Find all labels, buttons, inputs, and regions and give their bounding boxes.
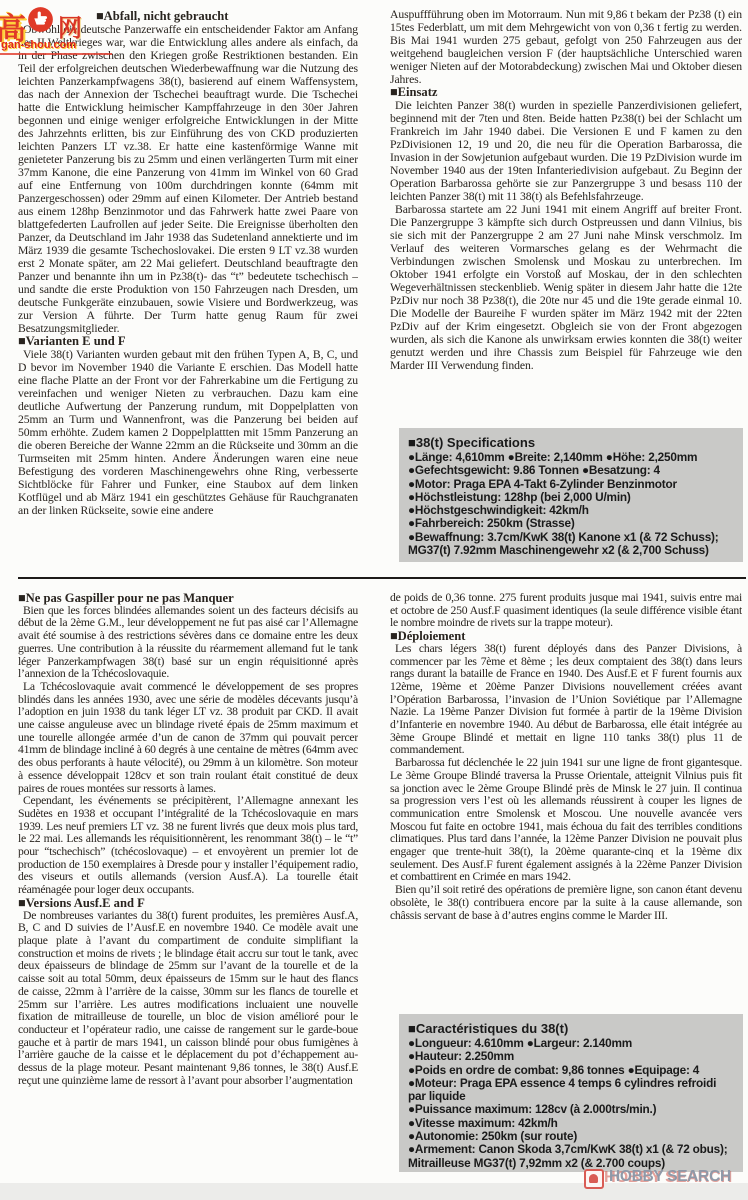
spec-line: ●Höchstleistung: 128hp (bei 2,000 U/min) xyxy=(408,491,734,504)
french-heading-versions: ■Versions Ausf.E and F xyxy=(18,897,358,910)
spec-box-38t-specifications: ■38(t) Specifications ●Länge: 4,610mm ●B… xyxy=(399,428,743,562)
paragraph: de poids de 0,36 tonne. 275 furent produ… xyxy=(390,592,742,630)
paragraph: De nombreuses variantes du 38(t) furent … xyxy=(18,910,358,1088)
paragraph: Viele 38(t) Varianten wurden gebaut mit … xyxy=(18,348,358,517)
spec-line: ●Puissance maximum: 128cv (à 2.000trs/mi… xyxy=(408,1103,734,1116)
german-column-left: ■Abfall, nicht gebraucht Obwohl die deut… xyxy=(18,10,358,568)
spec-line: ●Länge: 4,610mm ●Breite: 2,140mm ●Höhe: … xyxy=(408,451,734,464)
spec-line: ●Gefechtsgewicht: 9.86 Tonnen ●Besatzung… xyxy=(408,464,734,477)
spec-line: ●Vitesse maximum: 42km/h xyxy=(408,1117,734,1130)
spec-line: ●Moteur: Praga EPA essence 4 temps 6 cyl… xyxy=(408,1077,734,1104)
paragraph: Barbarossa fut déclenchée le 22 juin 194… xyxy=(390,757,742,884)
paragraph: La Tchécoslovaquie avait commencé le dév… xyxy=(18,681,358,795)
french-heading-deploiement: ■Déploiement xyxy=(390,630,742,643)
german-column-right: Auspuffführung oben im Motorraum. Nun mi… xyxy=(390,8,742,424)
french-heading-waste-not: ■Ne pas Gaspiller pour ne pas Manquer xyxy=(18,592,358,605)
french-column-right: de poids de 0,36 tonne. 275 furent produ… xyxy=(390,592,742,1010)
spec-line: ●Poids en ordre de combat: 9,86 tonnes ●… xyxy=(408,1064,734,1077)
paragraph: Bien qu’il soit retiré des opérations de… xyxy=(390,884,742,922)
spec-box-title: ■Caractéristiques du 38(t) xyxy=(408,1021,734,1036)
paragraph: Les chars légers 38(t) furent déployés d… xyxy=(390,643,742,757)
spec-line: ●Höchstgeschwindigkeit: 42km/h xyxy=(408,504,734,517)
paragraph: Auspuffführung oben im Motorraum. Nun mi… xyxy=(390,8,742,86)
section-divider-rule xyxy=(18,577,746,579)
spec-line: ●Motor: Praga EPA 4-Takt 6-Zylinder Benz… xyxy=(408,478,734,491)
spec-line: ●Autonomie: 250km (sur route) xyxy=(408,1130,734,1143)
german-heading-einsatz: ■Einsatz xyxy=(390,86,742,99)
paragraph: Die leichten Panzer 38(t) wurden in spez… xyxy=(390,99,742,203)
paragraph: Bien que les forces blindées allemandes … xyxy=(18,605,358,681)
scan-edge-shadow xyxy=(0,1183,748,1200)
spec-box-title: ■38(t) Specifications xyxy=(408,435,734,450)
spec-line: ●Fahrbereich: 250km (Strasse) xyxy=(408,517,734,530)
spec-line: ●Hauteur: 2.250mm xyxy=(408,1050,734,1063)
scanned-manual-page: ■Abfall, nicht gebraucht Obwohl die deut… xyxy=(0,0,748,1200)
paragraph: Obwohl die deutsche Panzerwaffe ein ents… xyxy=(18,23,358,335)
spec-line: ●Bewaffnung: 3.7cm/KwK 38(t) Kanone x1 (… xyxy=(408,531,734,558)
paragraph: Cependant, les événements se précipitère… xyxy=(18,795,358,897)
spec-line: ●Longueur: 4.610mm ●Largeur: 2.140mm xyxy=(408,1037,734,1050)
paragraph: Barbarossa startete am 22 Juni 1941 mit … xyxy=(390,203,742,372)
spec-line: ●Armement: Canon Skoda 3,7cm/KwK 38(t) x… xyxy=(408,1143,734,1170)
german-heading-variants: ■Varianten E und F xyxy=(18,335,358,348)
german-heading-waste-not: ■Abfall, nicht gebraucht xyxy=(18,10,358,23)
french-column-left: ■Ne pas Gaspiller pour ne pas Manquer Bi… xyxy=(18,592,358,1176)
spec-box-caracteristiques: ■Caractéristiques du 38(t) ●Longueur: 4.… xyxy=(399,1014,743,1172)
